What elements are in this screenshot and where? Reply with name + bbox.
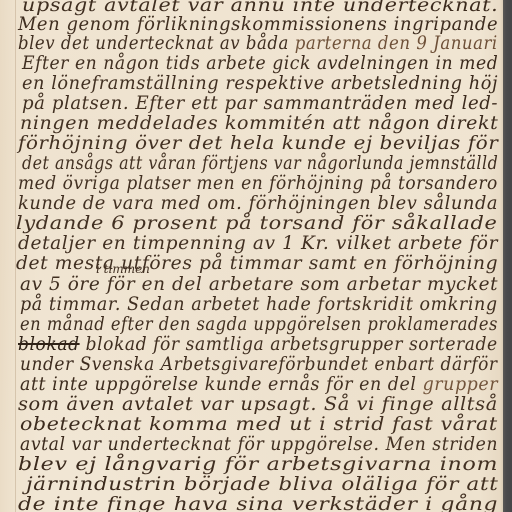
text-line-11: kunde de vara med om. förhöjningen blev … — [18, 192, 498, 214]
text-line-8: förhöjning över det hela kunde ej bevilj… — [18, 132, 498, 154]
text-line-20: att inte uppgörelse kunde ernås för en d… — [20, 373, 498, 395]
line-text: avtal var undertecknat för uppgörelse. M… — [20, 433, 498, 455]
manuscript-page: upsagt avtalet var ännu inte underteckna… — [0, 0, 503, 512]
line-text: lydande 6 prosent på torsand för såkalla… — [16, 212, 497, 234]
line-text: på platsen. Efter ett par sammanträden m… — [22, 92, 498, 114]
line-text-faded: grupper — [423, 373, 499, 395]
text-line-23: avtal var undertecknat för uppgörelse. M… — [20, 433, 498, 455]
line-text: blokad för samtliga arbetsgrupper sorter… — [80, 333, 498, 355]
text-line-6: på platsen. Efter ett par sammanträden m… — [22, 92, 498, 114]
line-text: en månad efter den sagda uppgörelsen pro… — [20, 313, 498, 335]
text-line-19: under Svenska Arbetsgivareförbundet enba… — [20, 353, 498, 375]
line-text: Efter en någon tids arbete gick avdelnin… — [22, 52, 498, 74]
line-text: järnindustrin började bliva oläliga för … — [26, 473, 498, 495]
line-text: ningen meddelades kommitén att någon dir… — [20, 112, 498, 134]
text-line-18: blokad blokad för samtliga arbetsgrupper… — [18, 333, 498, 355]
line-text: de inte finge hava sina verkstäder i gån… — [18, 493, 498, 512]
struck-word: blokad — [18, 333, 80, 355]
line-text: förhöjning över det hela kunde ej bevilj… — [18, 132, 498, 154]
line-text: en löneframställning respektive arbetsle… — [22, 72, 498, 94]
line-text: det ansågs att våran förtjens var någorl… — [22, 152, 498, 174]
text-line-13: detaljer en timpenning av 1 Kr. vilket a… — [18, 232, 498, 254]
page-edge-background — [503, 0, 512, 512]
text-line-21: som även avtalet var upsagt. Så vi finge… — [18, 393, 498, 415]
line-text: blev det undertecknat av båda — [18, 32, 295, 54]
text-line-25: järnindustrin började bliva oläliga för … — [26, 473, 498, 495]
line-text: att inte uppgörelse kunde ernås för en d… — [20, 373, 423, 395]
text-line-22: obetecknat komma med ut i strid fast vår… — [20, 413, 498, 435]
text-line-10: med övriga platser men en förhöjning på … — [18, 172, 498, 194]
line-text: som även avtalet var upsagt. Så vi finge… — [18, 393, 498, 415]
line-text-faded: parterna den 9 Januari — [295, 32, 498, 54]
line-text: av 5 öre för en del arbetare som arbetar… — [20, 273, 498, 295]
text-line-15: av 5 öre för en del arbetare som arbetar… — [20, 273, 498, 295]
line-text: kunde de vara med om. förhöjningen blev … — [18, 192, 498, 214]
text-line-17: en månad efter den sagda uppgörelsen pro… — [20, 313, 498, 335]
text-line-24: blev ej långvarig för arbetsgivarna inom — [18, 453, 498, 475]
text-line-26: de inte finge hava sina verkstäder i gån… — [18, 493, 498, 512]
line-text: detaljer en timpenning av 1 Kr. vilket a… — [18, 232, 498, 254]
text-line-4: Efter en någon tids arbete gick avdelnin… — [22, 52, 498, 74]
text-line-16: på timmar. Sedan arbetet hade fortskridi… — [20, 293, 498, 315]
line-text: obetecknat komma med ut i strid fast vår… — [20, 413, 498, 435]
text-line-3: blev det undertecknat av båda parterna d… — [18, 32, 498, 54]
line-text: under Svenska Arbetsgivareförbundet enba… — [20, 353, 498, 375]
text-line-7: ningen meddelades kommitén att någon dir… — [20, 112, 498, 134]
text-line-9: det ansågs att våran förtjens var någorl… — [22, 152, 498, 174]
line-text: med övriga platser men en förhöjning på … — [18, 172, 498, 194]
text-line-12: lydande 6 prosent på torsand för såkalla… — [16, 212, 497, 234]
line-text: blev ej långvarig för arbetsgivarna inom — [18, 453, 498, 475]
text-line-14: det mesta utföres på timmar samt en förh… — [16, 252, 498, 274]
text-line-5: en löneframställning respektive arbetsle… — [22, 72, 498, 94]
line-text: det mesta utföres på timmar samt en förh… — [16, 252, 498, 274]
line-text: på timmar. Sedan arbetet hade fortskridi… — [20, 293, 498, 315]
